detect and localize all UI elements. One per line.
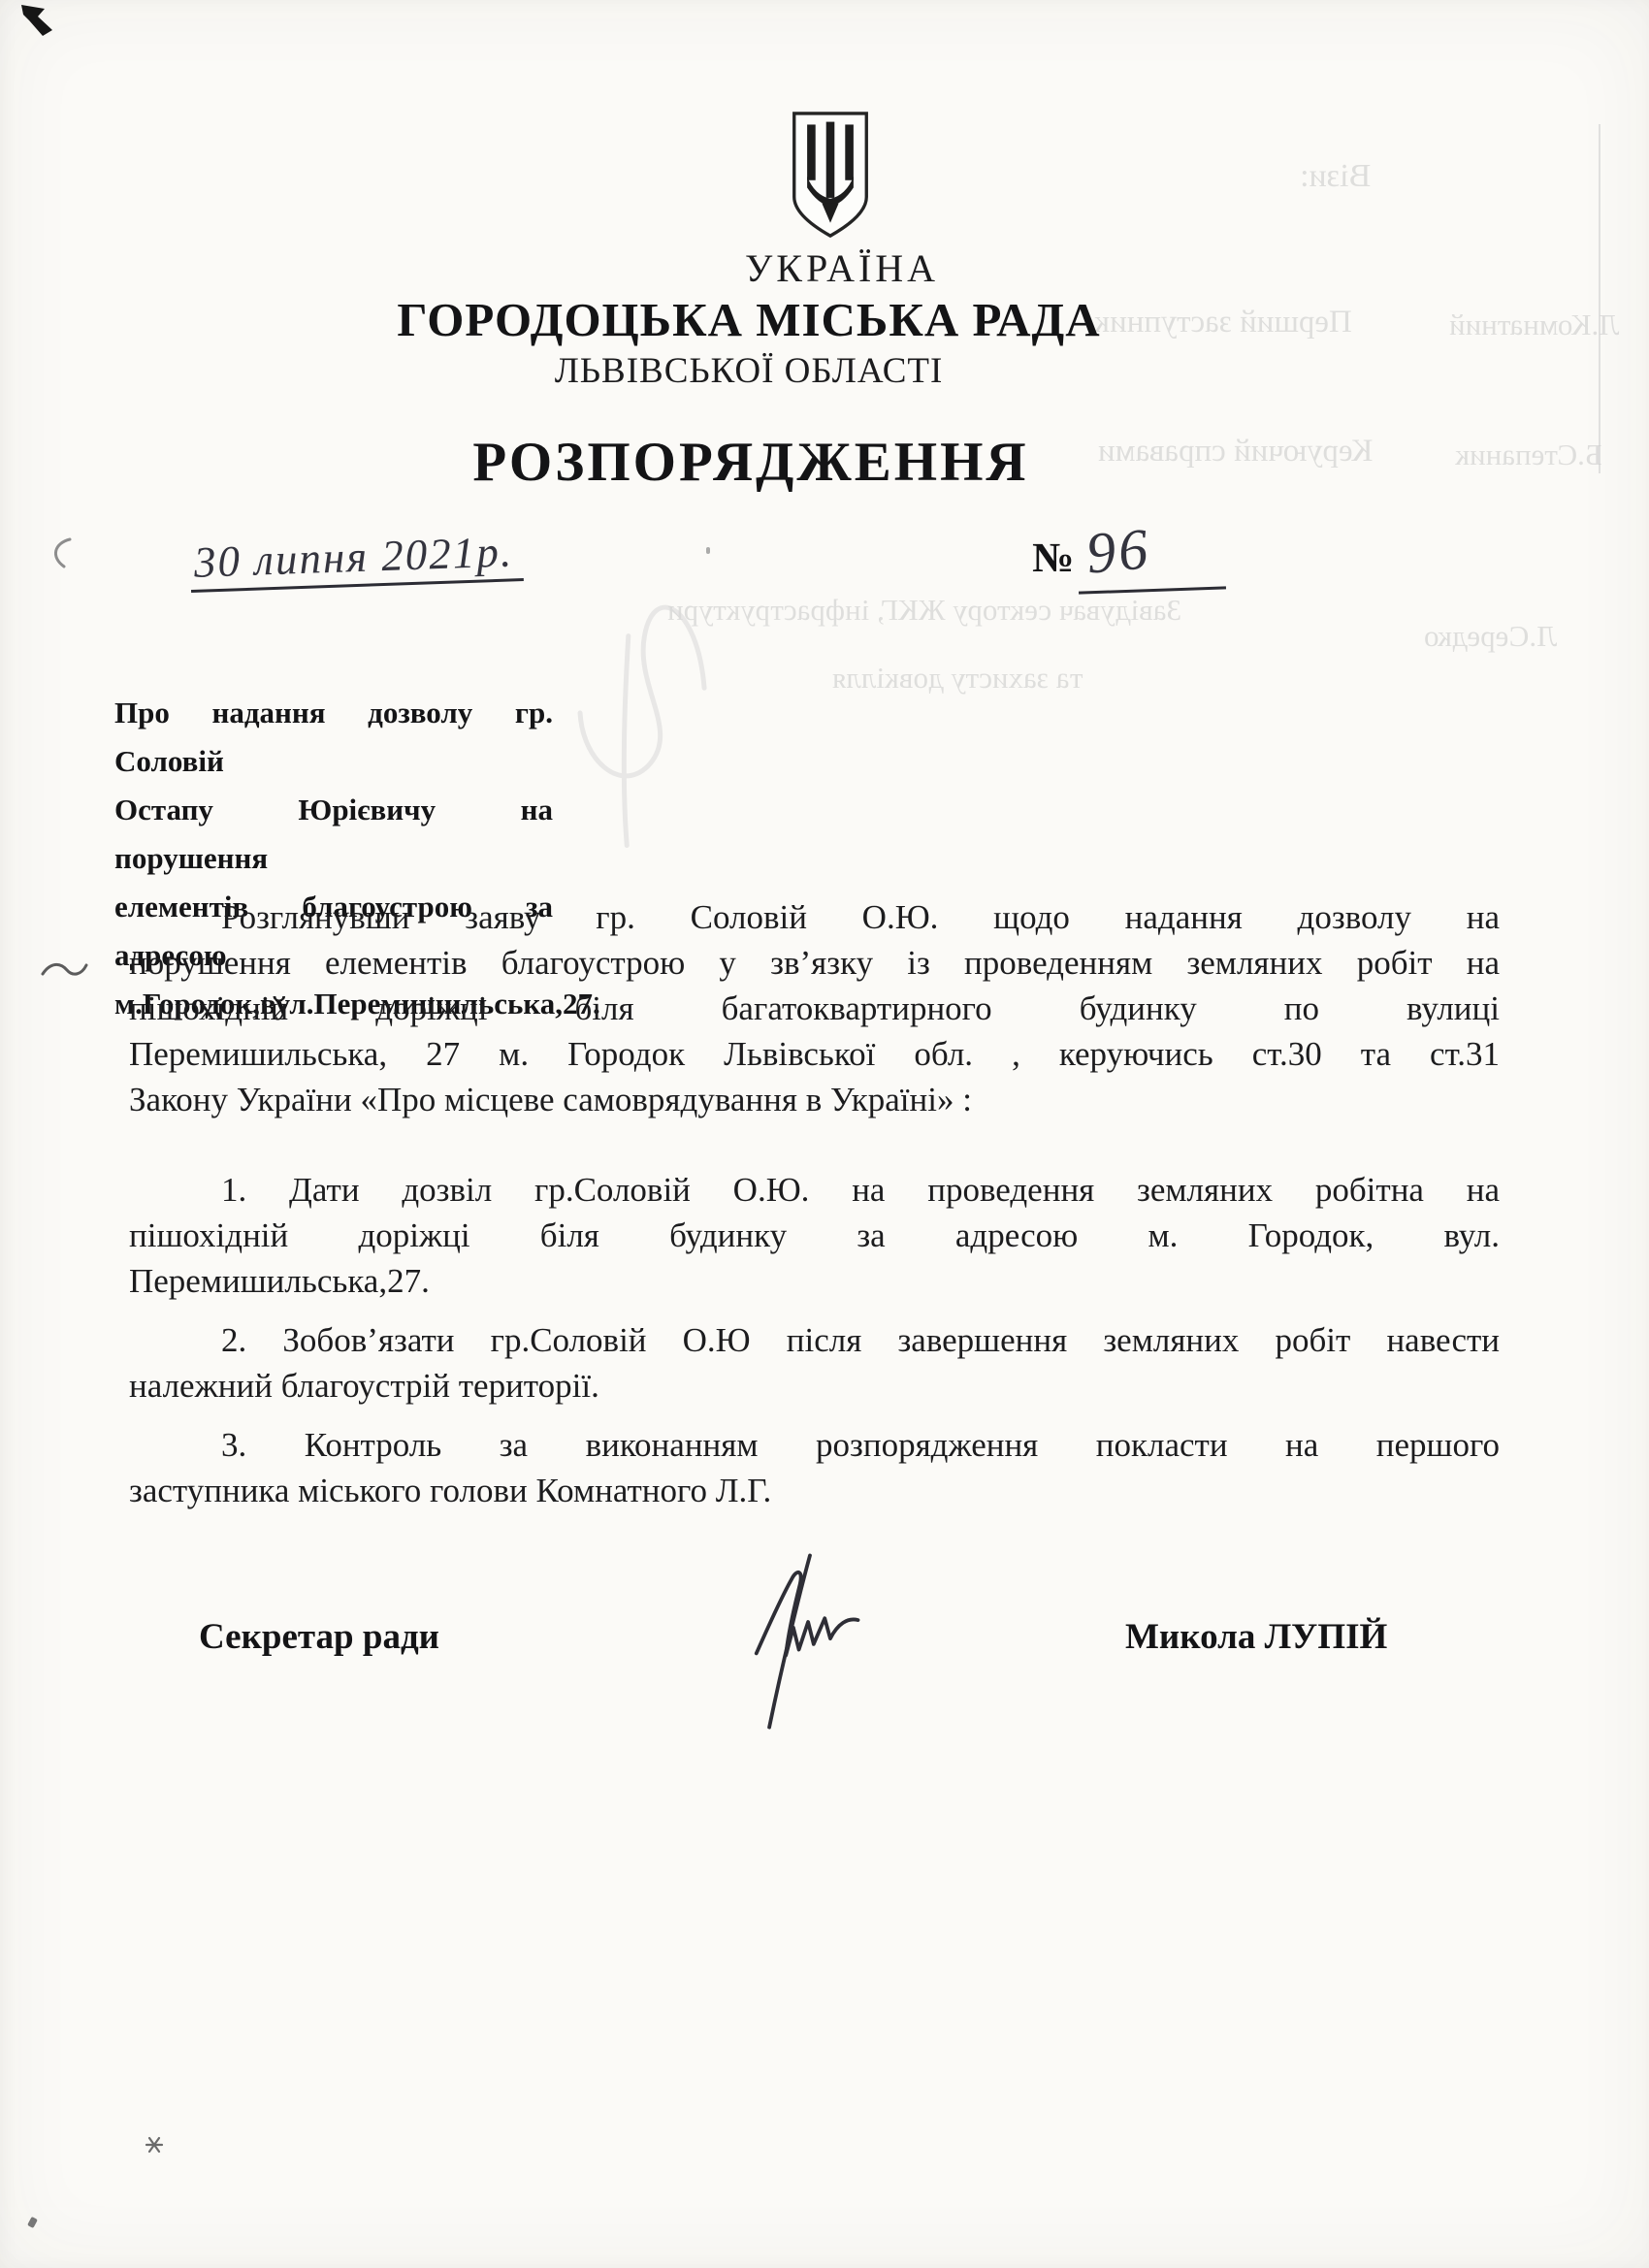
document-body: Розглянувши заяву гр. Соловій О.Ю. щодо … bbox=[129, 894, 1500, 1513]
preamble-paragraph: Розглянувши заяву гр. Соловій О.Ю. щодо … bbox=[129, 894, 1500, 1122]
handwritten-date: 30 липня 2021р. bbox=[189, 526, 524, 593]
bleedthrough-name: Л.Середко bbox=[1424, 619, 1557, 654]
scan-paper-edge-line bbox=[1599, 124, 1600, 473]
body-line: Перемишильська,27. bbox=[129, 1258, 1500, 1304]
scan-dot-artifact bbox=[706, 547, 710, 554]
subject-line: Про надання дозволу гр. Соловій bbox=[114, 689, 553, 786]
body-line: пішохідній доріжці біля багатоквартирног… bbox=[129, 986, 1500, 1031]
country-title: УКРАЇНА bbox=[599, 245, 1084, 291]
body-line: 1. Дати дозвіл гр.Соловій О.Ю. на провед… bbox=[129, 1167, 1500, 1213]
item-1-paragraph: 1. Дати дозвіл гр.Соловій О.Ю. на провед… bbox=[129, 1167, 1500, 1304]
body-line: Перемишильська, 27 м. Городок Львівської… bbox=[129, 1031, 1500, 1077]
scan-speck-artifact bbox=[27, 2217, 38, 2228]
body-line: Розглянувши заяву гр. Соловій О.Ю. щодо … bbox=[129, 894, 1500, 940]
bleedthrough-name: Л.Комнатний bbox=[1449, 308, 1619, 342]
bleedthrough-visa-label: Візи: bbox=[1300, 158, 1371, 195]
scan-asterisk-artifact bbox=[144, 2134, 165, 2155]
body-line: заступника міського голови Комнатного Л.… bbox=[129, 1468, 1500, 1513]
signatory-name: Микола ЛУПІЙ bbox=[1125, 1616, 1387, 1658]
handwritten-number: 96 bbox=[1083, 515, 1153, 587]
body-line: Закону України «Про місцеве самоврядуван… bbox=[129, 1077, 1500, 1122]
scan-corner-artifact bbox=[19, 3, 58, 42]
bleedthrough-name: Б.Степаник bbox=[1455, 437, 1602, 472]
scanned-document-page: Візи: Перший заступник Л.Комнатний Керую… bbox=[0, 0, 1649, 2268]
subject-line: Остапу Юрієвичу на порушення bbox=[114, 786, 553, 883]
body-line: пішохідній доріжці біля будинку за адрес… bbox=[129, 1213, 1500, 1258]
document-type-title: РОЗПОРЯДЖЕННЯ bbox=[266, 431, 1236, 494]
body-line: 3. Контроль за виконанням розпорядження … bbox=[129, 1422, 1500, 1468]
signatory-role: Секретар ради bbox=[199, 1616, 439, 1658]
ukraine-trident-icon bbox=[789, 109, 872, 243]
handwritten-signature-icon bbox=[713, 1544, 907, 1738]
body-line: 2. Зобов’язати гр.Соловій О.Ю після заве… bbox=[129, 1317, 1500, 1363]
number-sign-label: № bbox=[1032, 535, 1074, 582]
scan-pencil-curl-artifact bbox=[47, 535, 80, 574]
item-2-paragraph: 2. Зобов’язати гр.Соловій О.Ю після заве… bbox=[129, 1317, 1500, 1409]
item-3-paragraph: 3. Контроль за виконанням розпорядження … bbox=[129, 1422, 1500, 1513]
council-title: ГОРОДОЦЬКА МІСЬКА РАДА bbox=[264, 292, 1234, 347]
bleedthrough-role-continued: та захисту довкілля bbox=[832, 661, 1083, 696]
region-subtitle: ЛЬВІВСЬКОЇ ОБЛАСТІ bbox=[264, 350, 1234, 392]
scan-wave-artifact bbox=[41, 956, 89, 984]
body-line: належний благоустрій території. bbox=[129, 1363, 1500, 1409]
body-line: порушення елементів благоустрою у зв’язк… bbox=[129, 940, 1500, 986]
